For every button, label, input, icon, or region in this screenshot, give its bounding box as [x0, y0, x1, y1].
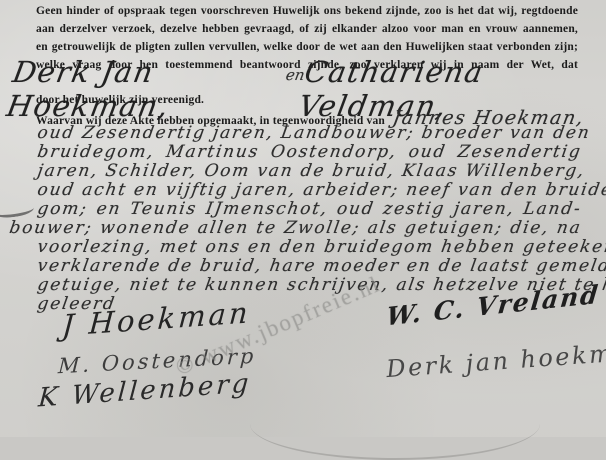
manuscript-line: verklarende de bruid, hare moeder en de … — [36, 257, 583, 276]
manuscript-line: jaren, Schilder, Oom van de bruid, Klaas… — [36, 162, 583, 181]
document-page: Geen hinder of opspraak tegen voorschrev… — [0, 0, 606, 437]
manuscript-line: voorlezing, met ons en den bruidegom heb… — [36, 238, 583, 257]
pencil-arc-mark — [250, 388, 540, 437]
printed-intro-line-2: aan derzelver verzoek, dezelve hebben ge… — [36, 20, 578, 38]
printed-intro-line-3: en getrouwelijk de pligten zullen vervul… — [36, 38, 578, 56]
union-statement: door het huwelijk zijn vereenigd. — [36, 94, 204, 106]
ink-flourish-mark — [0, 201, 35, 219]
manuscript-line: bruidegom, Martinus Oostendorp, oud Zese… — [36, 143, 583, 162]
printed-intro-line-1: Geen hinder of opspraak tegen voorschrev… — [36, 2, 578, 20]
manuscript-line: oud acht en vijftig jaren, arbeider; nee… — [36, 181, 583, 200]
manuscript-body: oud Zesendertig jaren, Landbouwer; broed… — [36, 124, 580, 314]
manuscript-line: gom; en Teunis IJmenschot, oud zestig ja… — [36, 200, 583, 219]
manuscript-line: bouwer; wonende allen te Zwolle; als get… — [8, 219, 583, 238]
manuscript-line: oud Zesendertig jaren, Landbouwer; broed… — [36, 124, 583, 143]
conjunction-en: en — [284, 66, 306, 84]
signature-groom: Derk jan hoekman — [385, 337, 606, 383]
